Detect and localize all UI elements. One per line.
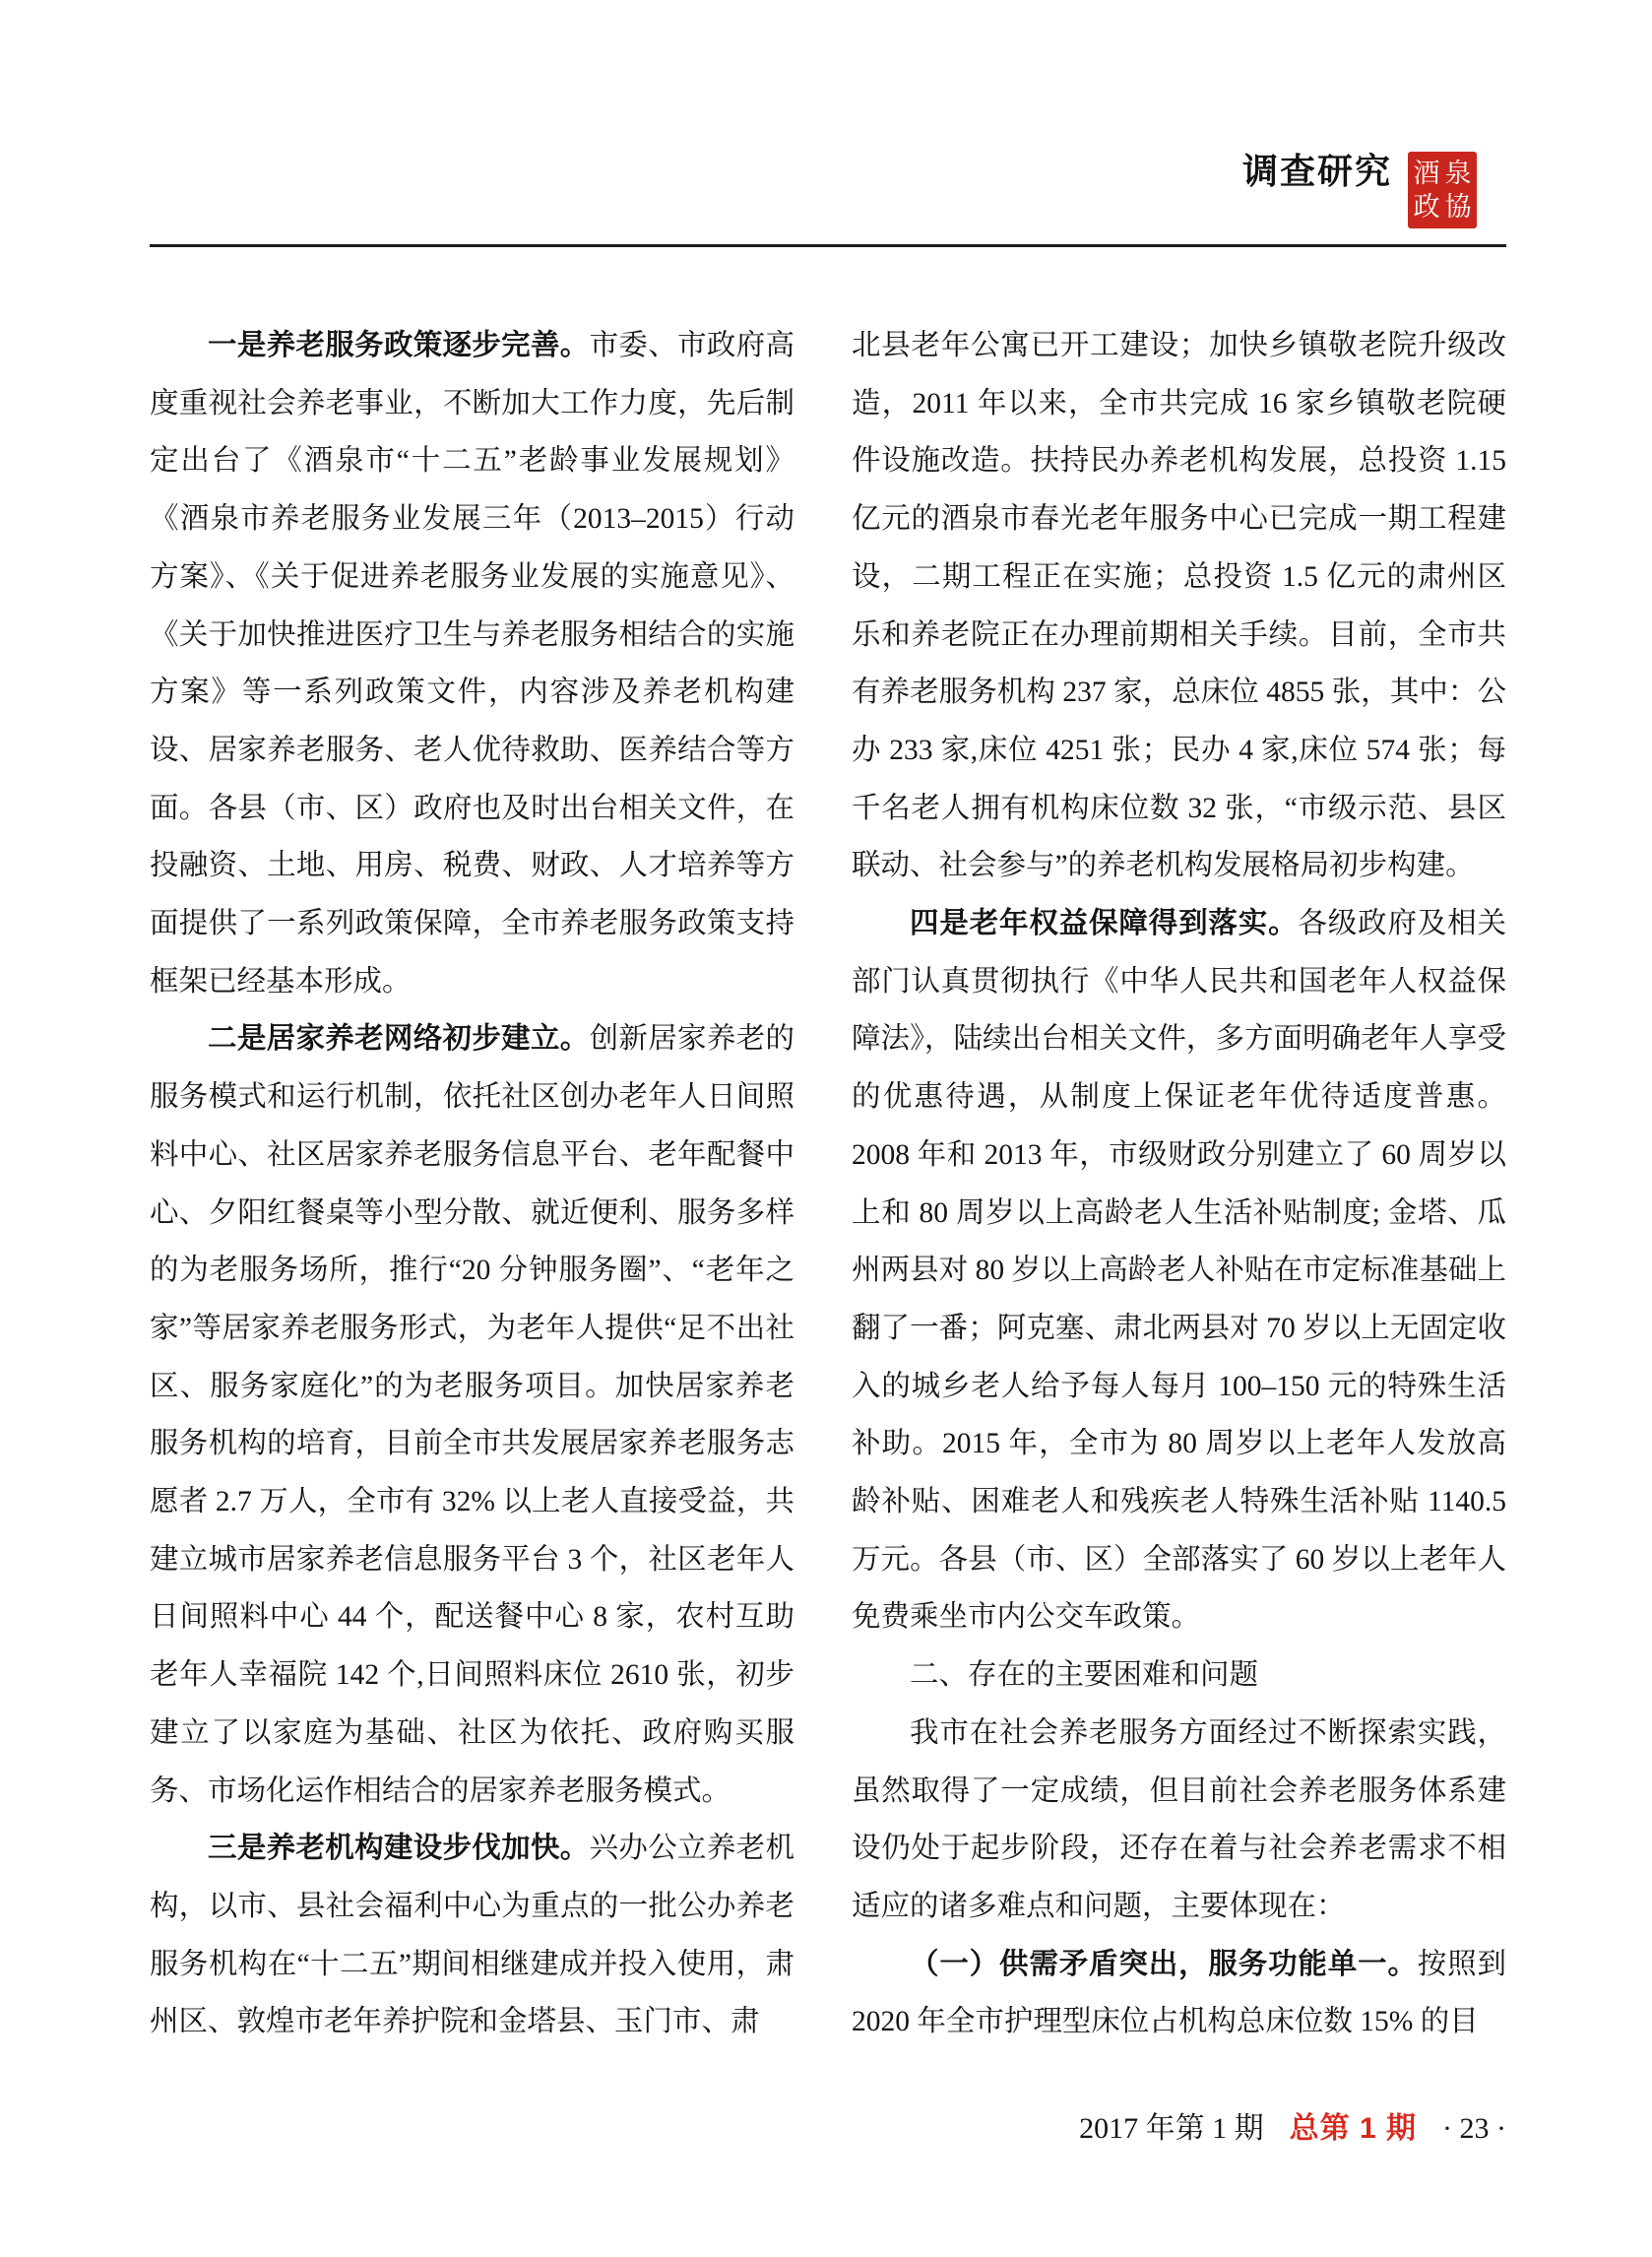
right-paragraph-2: 四是老年权益保障得到落实。各级政府及相关部门认真贯彻执行《中华人民共和国老年人权… (852, 895, 1506, 1646)
footer-page-number: · 23 · (1442, 2112, 1506, 2146)
right-paragraph-5: （一）供需矛盾突出，服务功能单一。按照到 2020 年全市护理型床位占机构总床位… (852, 1936, 1506, 2051)
left-paragraph-1: 一是养老服务政策逐步完善。市委、市政府高度重视社会养老事业，不断加大工作力度，先… (150, 317, 794, 1010)
seal-char-4: 協 (1445, 194, 1472, 221)
journal-seal: 酒 泉 政 協 (1408, 152, 1477, 228)
left-paragraph-3: 三是养老机构建设步伐加快。兴办公立养老机构，以市、县社会福利中心为重点的一批公办… (150, 1820, 794, 2051)
footer-overall-issue-label: 总第 1 期 (1290, 2103, 1417, 2147)
page-header-title: 调查研究 (1242, 144, 1392, 194)
document-page: 调查研究 酒 泉 政 協 一是养老服务政策逐步完善。市委、市政府高度重视社会养老… (0, 0, 1652, 2257)
seal-char-2: 泉 (1445, 161, 1472, 187)
right-paragraph-1: 北县老年公寓已开工建设；加快乡镇敬老院升级改造，2011 年以来，全市共完成 1… (852, 317, 1506, 895)
paragraph-lead: 一是养老服务政策逐步完善。 (208, 330, 590, 361)
footer-issue-label: 2017 年第 1 期 (1079, 2103, 1264, 2147)
right-text-column: 北县老年公寓已开工建设；加快乡镇敬老院升级改造，2011 年以来，全市共完成 1… (852, 317, 1506, 2051)
paragraph-lead: 四是老年权益保障得到落实。 (910, 908, 1298, 939)
seal-char-3: 政 (1414, 194, 1440, 221)
paragraph-lead: （一）供需矛盾突出，服务功能单一。 (910, 1949, 1418, 1980)
paragraph-lead: 三是养老机构建设步伐加快。 (208, 1833, 590, 1864)
right-paragraph-3: 二、存在的主要困难和问题 (852, 1646, 1506, 1705)
page-footer: 2017 年第 1 期 总第 1 期 · 23 · (1079, 2103, 1506, 2147)
left-paragraph-2: 二是居家养老网络初步建立。创新居家养老的服务模式和运行机制，依托社区创办老年人日… (150, 1010, 794, 1820)
header-divider (150, 244, 1506, 247)
right-paragraph-4: 我市在社会养老服务方面经过不断探索实践，虽然取得了一定成绩，但目前社会养老服务体… (852, 1705, 1506, 1936)
seal-char-1: 酒 (1414, 161, 1440, 187)
left-text-column: 一是养老服务政策逐步完善。市委、市政府高度重视社会养老事业，不断加大工作力度，先… (150, 317, 794, 2051)
paragraph-lead: 二是居家养老网络初步建立。 (208, 1023, 590, 1055)
